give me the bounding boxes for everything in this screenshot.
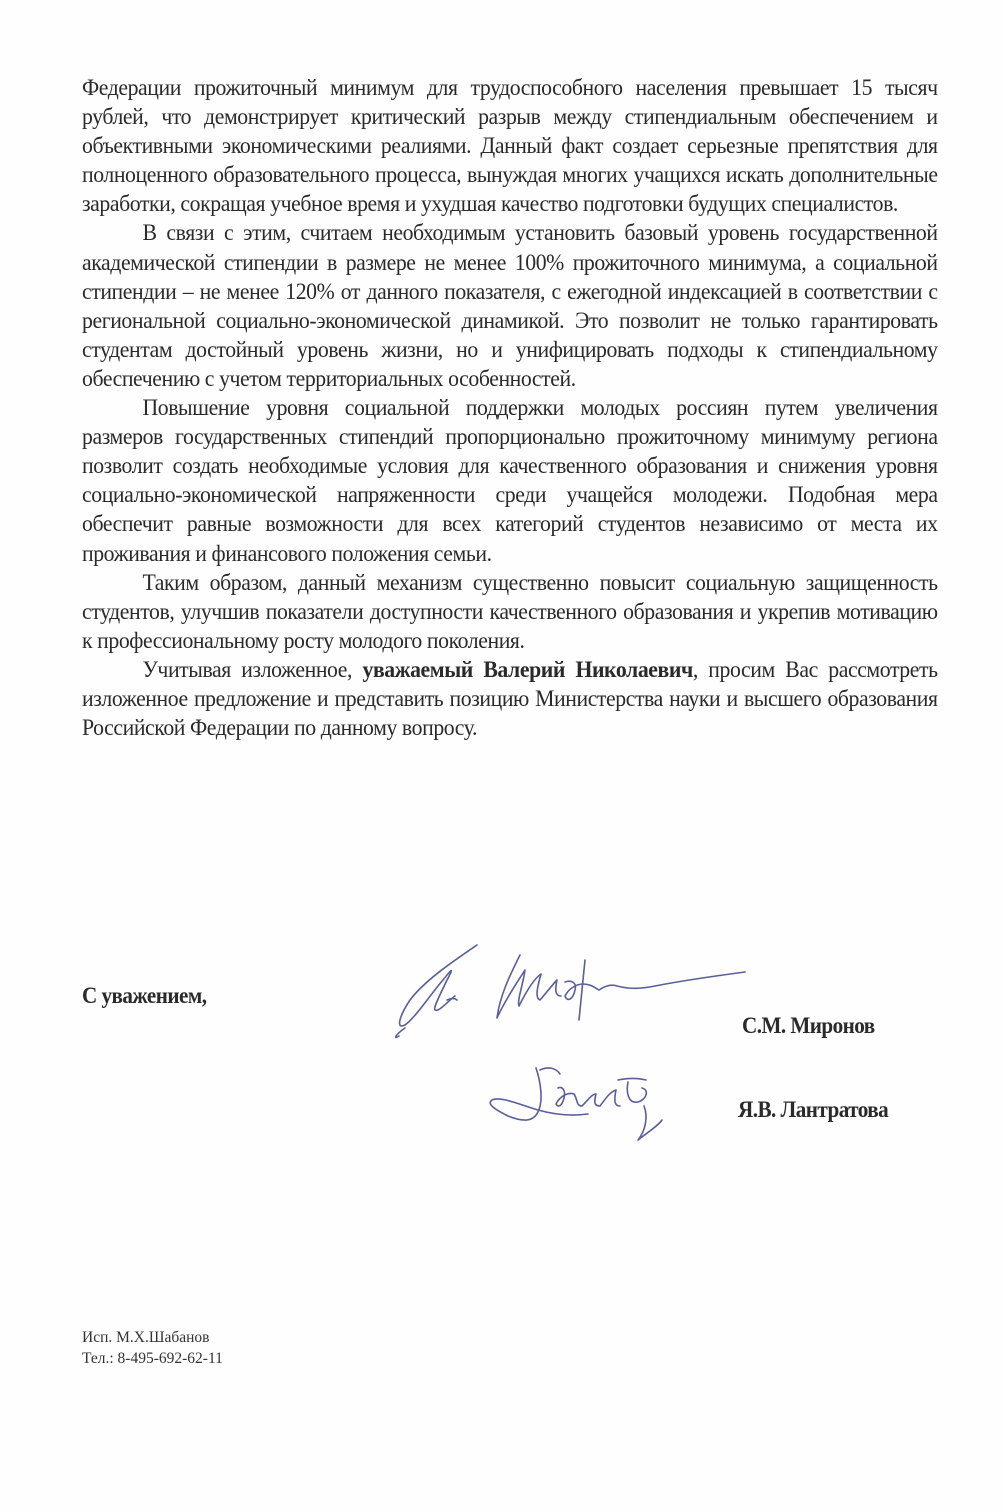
signature-mironov-icon [385, 940, 765, 1040]
signature-lantratova-icon [478, 1060, 698, 1145]
paragraph-2: В связи с этим, считаем необходимым уста… [82, 219, 938, 394]
signer-mironov: С.М. Миронов [742, 1013, 875, 1039]
paragraph-4: Таким образом, данный механизм существен… [82, 569, 938, 656]
closing-salutation: С уважением, [82, 983, 206, 1009]
paragraph-1: Федерации прожиточный минимум для трудос… [82, 74, 938, 219]
addressee-name: уважаемый Валерий Николаевич [362, 657, 692, 683]
executor-name: Исп. М.Х.Шабанов [82, 1327, 223, 1348]
paragraph-request: Учитывая изложенное, уважаемый Валерий Н… [82, 656, 938, 743]
executor-footer: Исп. М.Х.Шабанов Тел.: 8-495-692-62-11 [82, 1327, 223, 1369]
signer-lantratova: Я.В. Лантратова [738, 1097, 888, 1123]
letter-body: Федерации прожиточный минимум для трудос… [82, 74, 938, 743]
executor-phone: Тел.: 8-495-692-62-11 [82, 1348, 223, 1369]
letter-page: Федерации прожиточный минимум для трудос… [0, 0, 1004, 1512]
request-intro: Учитывая изложенное, [142, 657, 362, 683]
paragraph-3: Повышение уровня социальной поддержки мо… [82, 394, 938, 569]
